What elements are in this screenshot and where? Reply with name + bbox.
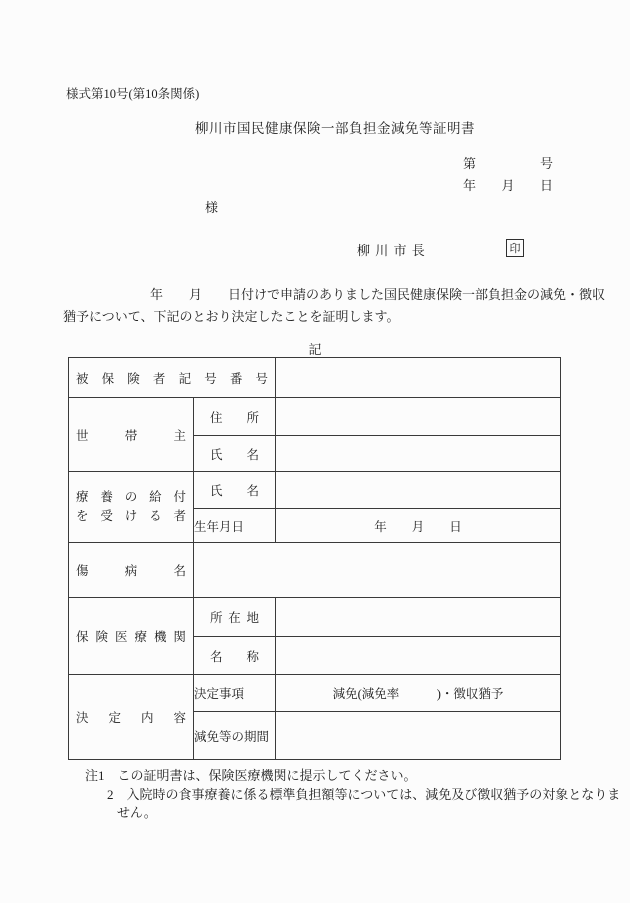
birth-date-value-cell: 年 月 日 [276, 509, 561, 543]
medical-institution-label-cell: 保険医療機関 [69, 598, 194, 675]
date-year-label: 年 [463, 175, 476, 194]
table-row: 世帯主 住所 [69, 398, 561, 436]
decision-item-label-cell: 決定事項 [194, 675, 276, 712]
ki-heading: 記 [0, 339, 630, 358]
householder-name-label-cell: 氏名 [194, 436, 276, 472]
note-2-line1: 2 入院時の食事療養に係る標準負担額等については、減免及び徴収猶予の対象となりま [107, 784, 620, 803]
date-day-label: 日 [540, 175, 553, 194]
recipient-name-label-cell: 氏名 [194, 472, 276, 509]
note-2-line2: せん。 [117, 802, 157, 821]
disease-name-value-cell [194, 543, 561, 598]
householder-address-value-cell [276, 398, 561, 436]
issuer-mayor: 柳 川 市 長 [357, 240, 426, 259]
householder-name-value-cell [276, 436, 561, 472]
householder-address-label-cell: 住所 [194, 398, 276, 436]
institution-location-label-cell: 所在地 [194, 598, 276, 637]
table-row: 被保険者記号番号 [69, 358, 561, 398]
table-row: 決定内容 決定事項 減免(減免率 )・徴収猶予 [69, 675, 561, 712]
insured-symbol-number-label-cell: 被保険者記号番号 [69, 358, 276, 398]
document-number-line: 第 号 [463, 153, 553, 172]
body-text-line1: 年 月 日付けで申請のありました国民健康保険一部負担金の減免・徴収 [150, 284, 605, 303]
note-1: 注1 この証明書は、保険医療機関に提示してください。 [85, 765, 417, 784]
institution-location-value-cell [276, 598, 561, 637]
seal-mark: 印 [506, 239, 524, 257]
decision-item-value-cell: 減免(減免率 )・徴収猶予 [276, 675, 561, 712]
doc-no-prefix: 第 [463, 153, 476, 172]
table-row: 傷病名 [69, 543, 561, 598]
date-month-label: 月 [501, 175, 514, 194]
issue-date-line: 年 月 日 [463, 175, 553, 194]
table-row: 療養の給付 を受ける者 氏名 [69, 472, 561, 509]
seal-character: 印 [510, 240, 521, 256]
disease-name-label-cell: 傷病名 [69, 543, 194, 598]
form-number: 様式第10号(第10条関係) [66, 84, 199, 102]
doc-no-suffix: 号 [540, 153, 553, 172]
addressee-suffix: 様 [205, 197, 218, 216]
body-text-line2: 猶予について、下記のとおり決定したことを証明します。 [63, 306, 399, 325]
decision-label-cell: 決定内容 [69, 675, 194, 760]
birth-date-label-cell: 生年月日 [194, 509, 276, 543]
exemption-period-value-cell [276, 712, 561, 760]
certificate-document: 様式第10号(第10条関係) 柳川市国民健康保険一部負担金減免等証明書 第 号 … [0, 0, 630, 903]
recipient-name-value-cell [276, 472, 561, 509]
certificate-table: 被保険者記号番号 世帯主 住所 氏名 療養の給付 を受ける者 [68, 357, 561, 760]
householder-label-cell: 世帯主 [69, 398, 194, 472]
institution-name-value-cell [276, 637, 561, 675]
page-title: 柳川市国民健康保険一部負担金減免等証明書 [195, 117, 475, 137]
care-recipient-label-cell: 療養の給付 を受ける者 [69, 472, 194, 543]
exemption-period-label-cell: 減免等の期間 [194, 712, 276, 760]
table-row: 保険医療機関 所在地 [69, 598, 561, 637]
insured-symbol-number-value-cell [276, 358, 561, 398]
institution-name-label-cell: 名称 [194, 637, 276, 675]
